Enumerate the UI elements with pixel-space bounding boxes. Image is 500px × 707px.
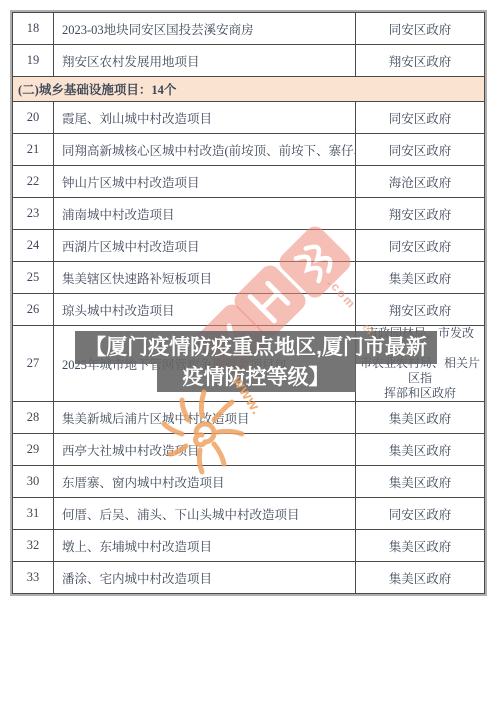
government-cell: 集美区政府 — [356, 434, 485, 466]
overlay-title-line1: 【厦门疫情防疫重点地区,厦门市最新 — [75, 331, 437, 364]
table-row: 28 集美新城后浦片区城中村改造项目 集美区政府 — [13, 402, 485, 434]
page-root: 18 2023-03地块同安区国投芸溪安商房 同安区政府 19 翔安区农村发展用… — [0, 0, 500, 707]
table-row: 18 2023-03地块同安区国投芸溪安商房 同安区政府 — [13, 13, 485, 45]
government-cell: 集美区政府 — [356, 402, 485, 434]
table-row: 31 何厝、后吴、浦头、下山头城中村改造项目 同安区政府 — [13, 498, 485, 530]
row-number-cell: 21 — [13, 134, 54, 166]
table-row: 25 集美辖区快速路补短板项目 集美区政府 — [13, 262, 485, 294]
government-cell: 翔安区政府 — [356, 45, 485, 77]
row-number-cell: 23 — [13, 198, 54, 230]
government-cell: 同安区政府 — [356, 230, 485, 262]
table-row: 24 西湖片区城中村改造项目 同安区政府 — [13, 230, 485, 262]
section-header-label: (二)城乡基础设施项目：14个 — [13, 77, 485, 102]
table-row: 20 霞尾、刘山城中村改造项目 同安区政府 — [13, 102, 485, 134]
row-number-cell: 22 — [13, 166, 54, 198]
table-row: 32 墩上、东埔城中村改造项目 集美区政府 — [13, 530, 485, 562]
table-row: 19 翔安区农村发展用地项目 翔安区政府 — [13, 45, 485, 77]
row-number-cell: 18 — [13, 13, 54, 45]
government-cell: 同安区政府 — [356, 498, 485, 530]
project-name-cell: 钟山片区城中村改造项目 — [54, 166, 356, 198]
row-number-cell: 31 — [13, 498, 54, 530]
project-name-cell: 西亭大社城中村改造项目 — [54, 434, 356, 466]
row-number-cell: 26 — [13, 294, 54, 326]
project-name-cell: 翔安区农村发展用地项目 — [54, 45, 356, 77]
table-row: 33 潘涂、宅内城中村改造项目 集美区政府 — [13, 562, 485, 594]
government-cell: 同安区政府 — [356, 13, 485, 45]
project-name-cell: 集美新城后浦片区城中村改造项目 — [54, 402, 356, 434]
row-number-cell: 30 — [13, 466, 54, 498]
table-row: 22 钟山片区城中村改造项目 海沧区政府 — [13, 166, 485, 198]
government-cell: 集美区政府 — [356, 262, 485, 294]
project-name-cell: 何厝、后吴、浦头、下山头城中村改造项目 — [54, 498, 356, 530]
project-name-cell: 东厝寨、窗内城中村改造项目 — [54, 466, 356, 498]
news-title-overlay: 【厦门疫情防疫重点地区,厦门市最新疫情防控等级】 — [75, 331, 437, 392]
government-cell: 同安区政府 — [356, 134, 485, 166]
overlay-title-line2: 疫情防控等级】 — [157, 364, 356, 392]
table-row: 26 琼头城中村改造项目 翔安区政府 — [13, 294, 485, 326]
project-name-cell: 2023-03地块同安区国投芸溪安商房 — [54, 13, 356, 45]
project-name-cell: 西湖片区城中村改造项目 — [54, 230, 356, 262]
row-number-cell: 29 — [13, 434, 54, 466]
government-cell: 翔安区政府 — [356, 198, 485, 230]
government-cell: 集美区政府 — [356, 562, 485, 594]
table-row: 30 东厝寨、窗内城中村改造项目 集美区政府 — [13, 466, 485, 498]
table-row: 21 同翔高新城核心区城中村改造(前垵顶、前垵下、寨仔、陈村土楼、 同安区政府 — [13, 134, 485, 166]
project-name-cell: 墩上、东埔城中村改造项目 — [54, 530, 356, 562]
row-number-cell: 32 — [13, 530, 54, 562]
project-name-cell: 集美辖区快速路补短板项目 — [54, 262, 356, 294]
projects-table: 18 2023-03地块同安区国投芸溪安商房 同安区政府 19 翔安区农村发展用… — [12, 12, 485, 594]
project-name-cell: 霞尾、刘山城中村改造项目 — [54, 102, 356, 134]
project-name-cell: 浦南城中村改造项目 — [54, 198, 356, 230]
table-row: 23 浦南城中村改造项目 翔安区政府 — [13, 198, 485, 230]
row-number-cell: 25 — [13, 262, 54, 294]
row-number-cell: 24 — [13, 230, 54, 262]
government-cell: 集美区政府 — [356, 530, 485, 562]
government-cell: 集美区政府 — [356, 466, 485, 498]
project-name-cell: 琼头城中村改造项目 — [54, 294, 356, 326]
section-header-row: (二)城乡基础设施项目：14个 — [13, 77, 485, 102]
project-name-cell: 潘涂、宅内城中村改造项目 — [54, 562, 356, 594]
row-number-cell: 20 — [13, 102, 54, 134]
row-number-cell: 27 — [13, 326, 54, 402]
row-number-cell: 19 — [13, 45, 54, 77]
project-name-cell: 同翔高新城核心区城中村改造(前垵顶、前垵下、寨仔、陈村土楼、 — [54, 134, 356, 166]
government-cell: 翔安区政府 — [356, 294, 485, 326]
government-cell: 同安区政府 — [356, 102, 485, 134]
row-number-cell: 33 — [13, 562, 54, 594]
row-number-cell: 28 — [13, 402, 54, 434]
government-cell: 海沧区政府 — [356, 166, 485, 198]
table-row: 29 西亭大社城中村改造项目 集美区政府 — [13, 434, 485, 466]
